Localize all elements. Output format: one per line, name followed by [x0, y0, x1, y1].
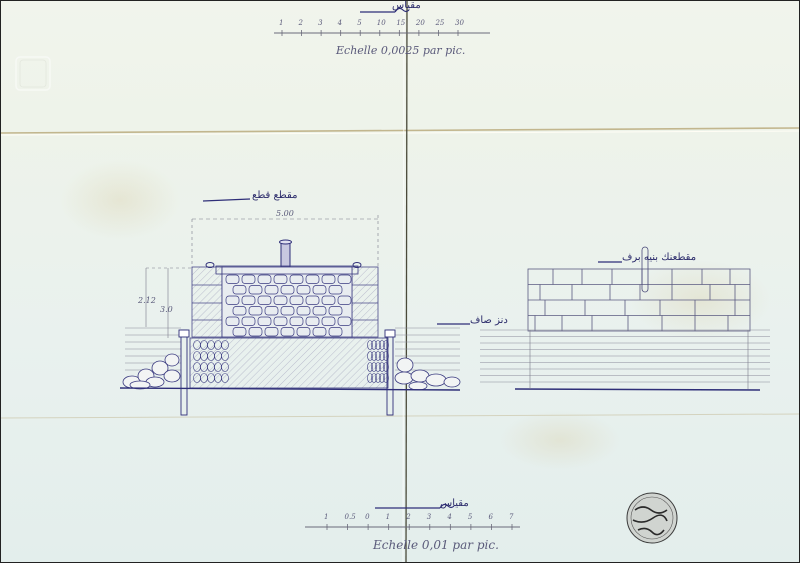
scale-tick-label: 20: [416, 19, 425, 27]
section-title: مقطع قطع: [252, 190, 297, 201]
bottom-scale-heading: مقياس: [440, 498, 469, 509]
scale-tick-label: 0.5: [345, 513, 356, 521]
scale-tick-label: 4: [447, 513, 451, 521]
height-dimension-outer: 2.12: [138, 296, 156, 305]
ink-seal: [627, 493, 677, 543]
scale-tick-label: 1: [279, 19, 283, 27]
scale-tick-label: 4: [338, 19, 342, 27]
top-scale-caption: Echelle 0,0025 par pic.: [336, 44, 465, 57]
scale-tick-label: 25: [435, 19, 444, 27]
drawing-sheet: Echelle 0,0025 par pic. مقياس 1234510152…: [0, 0, 800, 563]
fold-creases: [0, 0, 800, 563]
scale-tick-label: 2: [299, 19, 303, 27]
scale-tick-label: 0: [365, 513, 369, 521]
scale-tick-label: 3: [318, 19, 322, 27]
scale-tick-label: 3: [427, 513, 431, 521]
emboss-stamp: [16, 57, 50, 90]
scale-tick-label: 1: [324, 513, 328, 521]
water-label: دنز صاف: [470, 315, 508, 326]
scale-tick-label: 6: [488, 513, 492, 521]
scale-tick-label: 7: [509, 513, 513, 521]
scale-tick-label: 5: [357, 19, 361, 27]
width-dimension: 5.00: [276, 209, 294, 218]
scale-tick-label: 15: [396, 19, 405, 27]
elevation-title: مقطعنك بنيه برف: [622, 252, 696, 263]
scale-tick-label: 2: [406, 513, 410, 521]
scale-tick-label: 5: [468, 513, 472, 521]
height-dimension-inner: 3.0: [160, 305, 173, 314]
top-scale-heading: مقياس: [392, 0, 421, 11]
scale-tick-label: 30: [455, 19, 464, 27]
drawing-canvas: [0, 0, 800, 563]
scale-tick-label: 10: [377, 19, 386, 27]
bottom-scale-caption: Echelle 0,01 par pic.: [373, 538, 499, 552]
scale-tick-label: 1: [386, 513, 390, 521]
